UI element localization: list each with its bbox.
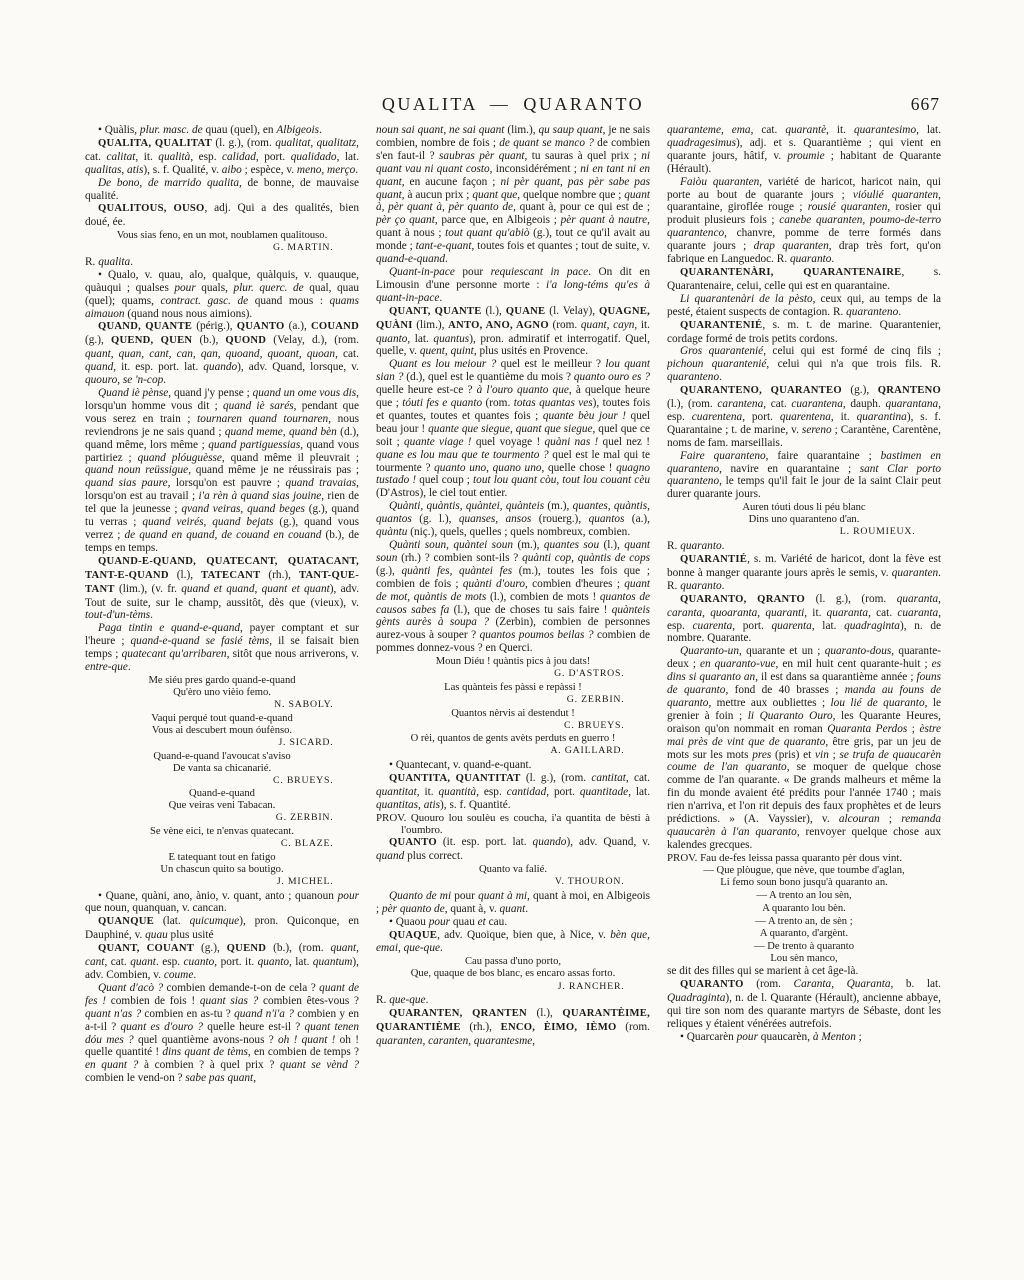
verse-quote: Cau passa d'uno porto,Que, quaque de bos… [376, 956, 650, 980]
citation-author: V. THOURON. [376, 876, 650, 888]
entry-paragraph: Quant d'acò ? combien demande-t-on de ce… [85, 982, 359, 1085]
verse-quote: Las quànteis fes pàssi e repàssi ! [376, 682, 650, 694]
entry-paragraph: QUARANTEN, QRANTEN (l.), QUARANTÈIME, QU… [376, 1007, 650, 1048]
citation-author: C. BLAZE. [85, 838, 359, 850]
verse-quote: Se vène eici, te n'envas quatecant. [85, 826, 359, 838]
entry-paragraph: • Quantecant, v. quand-e-quant. [376, 759, 650, 772]
verse-quote: O rèi, quantos de gents avèts perduts en… [376, 733, 650, 745]
citation-author: G. ZERBIN. [376, 694, 650, 706]
entry-paragraph: QUAQUE, adv. Quoique, bien que, à Nice, … [376, 929, 650, 956]
entry-paragraph: Quand iè pènse, quand j'y pense ; quand … [85, 387, 359, 555]
entry-paragraph: Li quarantenàri de la pèsto, ceux qui, a… [667, 293, 941, 319]
entry-paragraph: Paga tintin e quand-e-quand, payer compt… [85, 622, 359, 674]
verse-quote: — A trento an lou sèn,A quaranto lou bèn… [667, 890, 941, 914]
verse-quote: Quand-e-quandQue veiras veni Tabacan. [85, 788, 359, 812]
entry-paragraph: QUALITA, QUALITAT (l. g.), (rom. qualita… [85, 137, 359, 177]
verse-quote: Vaqui perqué tout quand-e-quandVous ai d… [85, 713, 359, 737]
page-header: QUALITA — QUARANTO 667 [84, 94, 942, 118]
entry-paragraph: Quanto de mi pour quant à mi, quant à mo… [376, 890, 650, 916]
entry-paragraph: Quànti, quàntis, quàntei, quànteis (m.),… [376, 500, 650, 539]
citation-author: C. BRUEYS. [85, 775, 359, 787]
entry-paragraph: Gros quarantenié, celui qui est formé de… [667, 345, 941, 384]
entry-paragraph: Quànti soun, quàntei soun (m.), quantes … [376, 539, 650, 655]
entry-paragraph: QUALITOUS, OUSO, adj. Qui a des qualités… [85, 202, 359, 229]
entry-paragraph: QUANTO (it. esp. port. lat. quando), adv… [376, 836, 650, 863]
citation-author: J. MICHEL. [85, 876, 359, 888]
citation-author: J. RANCHER. [376, 981, 650, 993]
entry-paragraph: QUANT, QUANTE (l.), QUANE (l. Velay), QU… [376, 305, 650, 359]
entry-paragraph: De bono, de marrido qualita, de bonne, d… [85, 177, 359, 203]
column-2: noun sai quant, ne sai quant (lim.), qu … [376, 124, 650, 1254]
entry-paragraph: Faiòu quaranten, variété de haricot, har… [667, 176, 941, 266]
entry-paragraph: • Qualo, v. quau, alo, qualque, quàlquis… [85, 269, 359, 321]
running-title: QUALITA — QUARANTO [84, 94, 942, 115]
text-columns: • Quàlis, plur. masc. de quau (quel), en… [85, 124, 943, 1254]
citation-author: G. ZERBIN. [85, 812, 359, 824]
entry-paragraph: • Quarcarèn pour quaucarèn, à Menton ; [667, 1031, 941, 1044]
entry-paragraph: • Quane, quàni, ano, ànio, v. quant, ant… [85, 890, 359, 916]
continuation-paragraph: R. que-que. [376, 994, 650, 1007]
entry-paragraph: • Quaou pour quau et cau. [376, 916, 650, 929]
verse-quote: — Que plòugue, que nève, que toumbe d'ag… [667, 865, 941, 889]
verse-quote: Quantos nèrvis ai destendut ! [376, 708, 650, 720]
entry-paragraph: Faire quaranteno, faire quarantaine ; ba… [667, 450, 941, 502]
citation-author: J. SICARD. [85, 737, 359, 749]
verse-quote: Auren tóuti dous li péu blancDins uno qu… [667, 502, 941, 526]
dictionary-page: QUALITA — QUARANTO 667 • Quàlis, plur. m… [0, 0, 1024, 1280]
proverb: PROV. Fau de-fes leissa passa quaranto p… [667, 852, 941, 864]
entry-paragraph: QUAND, QUANTE (périg.), QUANTO (a.), COU… [85, 320, 359, 387]
entry-paragraph: QUANQUE (lat. quicumque), pron. Quiconqu… [85, 915, 359, 942]
verse-quote: E tatequant tout en fatigoUn chascun qui… [85, 852, 359, 876]
entry-paragraph: QUARANTENO, QUARANTEO (g.), QRANTENO (l.… [667, 384, 941, 450]
entry-paragraph: Quaranto-un, quarante et un ; quaranto-d… [667, 645, 941, 852]
column-3: quaranteme, ema, cat. quarantè, it. quar… [667, 124, 941, 1254]
continuation-paragraph: se dit des filles qui se marient à cet â… [667, 965, 941, 978]
verse-quote: — De trento à quarantoLou sèn manco, [667, 941, 941, 965]
entry-paragraph: QUARANTO (rom. Caranta, Quaranta, b. lat… [667, 978, 941, 1031]
entry-paragraph: QUARANTIÉ, s. m. Variété de haricot, don… [667, 553, 941, 593]
entry-paragraph: QUANT, COUANT (g.), QUEND (b.), (rom. qu… [85, 942, 359, 982]
proverb: PROV. Quouro lou soulèu es coucha, i'a q… [376, 812, 650, 837]
continuation-paragraph: noun sai quant, ne sai quant (lim.), qu … [376, 124, 650, 266]
column-1: • Quàlis, plur. masc. de quau (quel), en… [85, 124, 359, 1254]
verse-quote: Quanto va falié. [376, 864, 650, 876]
verse-quote: Moun Diéu ! quàntis pics à jou dats! [376, 656, 650, 668]
continuation-paragraph: quaranteme, ema, cat. quarantè, it. quar… [667, 124, 941, 176]
continuation-paragraph: R. quaranto. [667, 540, 941, 553]
entry-paragraph: QUARANTO, QRANTO (l. g.), (rom. quaranta… [667, 593, 941, 646]
verse-quote: — A trento an, de sèn ;A quaranto, d'arg… [667, 916, 941, 940]
continuation-paragraph: R. qualita. [85, 256, 359, 269]
entry-paragraph: QUARANTENÀRI, QUARANTENAIRE, s. Quarante… [667, 266, 941, 293]
citation-author: N. SABOLY. [85, 699, 359, 711]
verse-quote: Me siéu pres gardo quand-e-quandQu'èro u… [85, 675, 359, 699]
entry-paragraph: QUAND-E-QUAND, QUATECANT, QUATACANT, TAN… [85, 555, 359, 623]
citation-author: G. D'ASTROS. [376, 668, 650, 680]
verse-quote: Vous sias feno, en un mot, noublamen qua… [85, 230, 359, 242]
entry-paragraph: QUANTITA, QUANTITAT (l. g.), (rom. canti… [376, 772, 650, 812]
entry-paragraph: QUARANTENIÉ, s. m. t. de marine. Quarant… [667, 319, 941, 346]
verse-quote: Quand-e-quand l'avoucat s'avisoDe vanta … [85, 751, 359, 775]
citation-author: L. ROUMIEUX. [667, 526, 941, 538]
entry-paragraph: • Quàlis, plur. masc. de quau (quel), en… [85, 124, 359, 137]
citation-author: G. MARTIN. [85, 242, 359, 254]
citation-author: C. BRUEYS. [376, 720, 650, 732]
entry-paragraph: Quant-in-pace pour requiescant in pace. … [376, 266, 650, 305]
entry-paragraph: Quant es lou meiour ? quel est le meille… [376, 358, 650, 500]
page-number: 667 [911, 94, 940, 115]
citation-author: A. GAILLARD. [376, 745, 650, 757]
